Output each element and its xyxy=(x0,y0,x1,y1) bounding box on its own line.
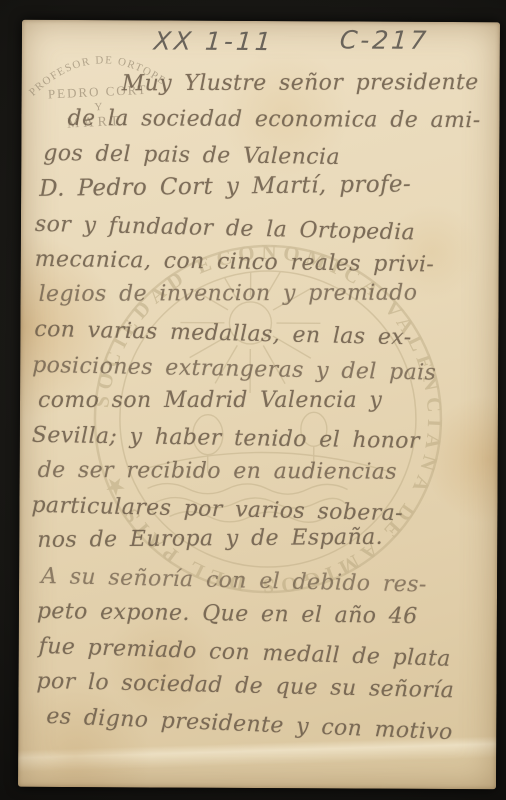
letter-line: Muy Ylustre señor presidente xyxy=(122,65,494,101)
letter-line: de ser recibido en audiencias xyxy=(38,453,492,491)
letter-line: D. Pedro Cort y Martí, profe- xyxy=(39,166,493,207)
letter-body: Muy Ylustre señor presidente de la socie… xyxy=(30,66,493,737)
letter-line: peto expone. Que en el año 46 xyxy=(37,594,491,636)
manuscript-page: XX 1-11 C-217 PROFESOR DE ORTOPEDIA PEDR… xyxy=(18,20,500,789)
letter-line: de la sociedad economica de ami- xyxy=(67,101,493,138)
letter-line: como son Madrid Valencia y xyxy=(38,383,492,418)
classmark-right: C-217 xyxy=(339,25,430,54)
letter-line: nos de Europa y de España. xyxy=(37,519,491,558)
letter-line: legios de invencion y premiado xyxy=(39,275,493,312)
